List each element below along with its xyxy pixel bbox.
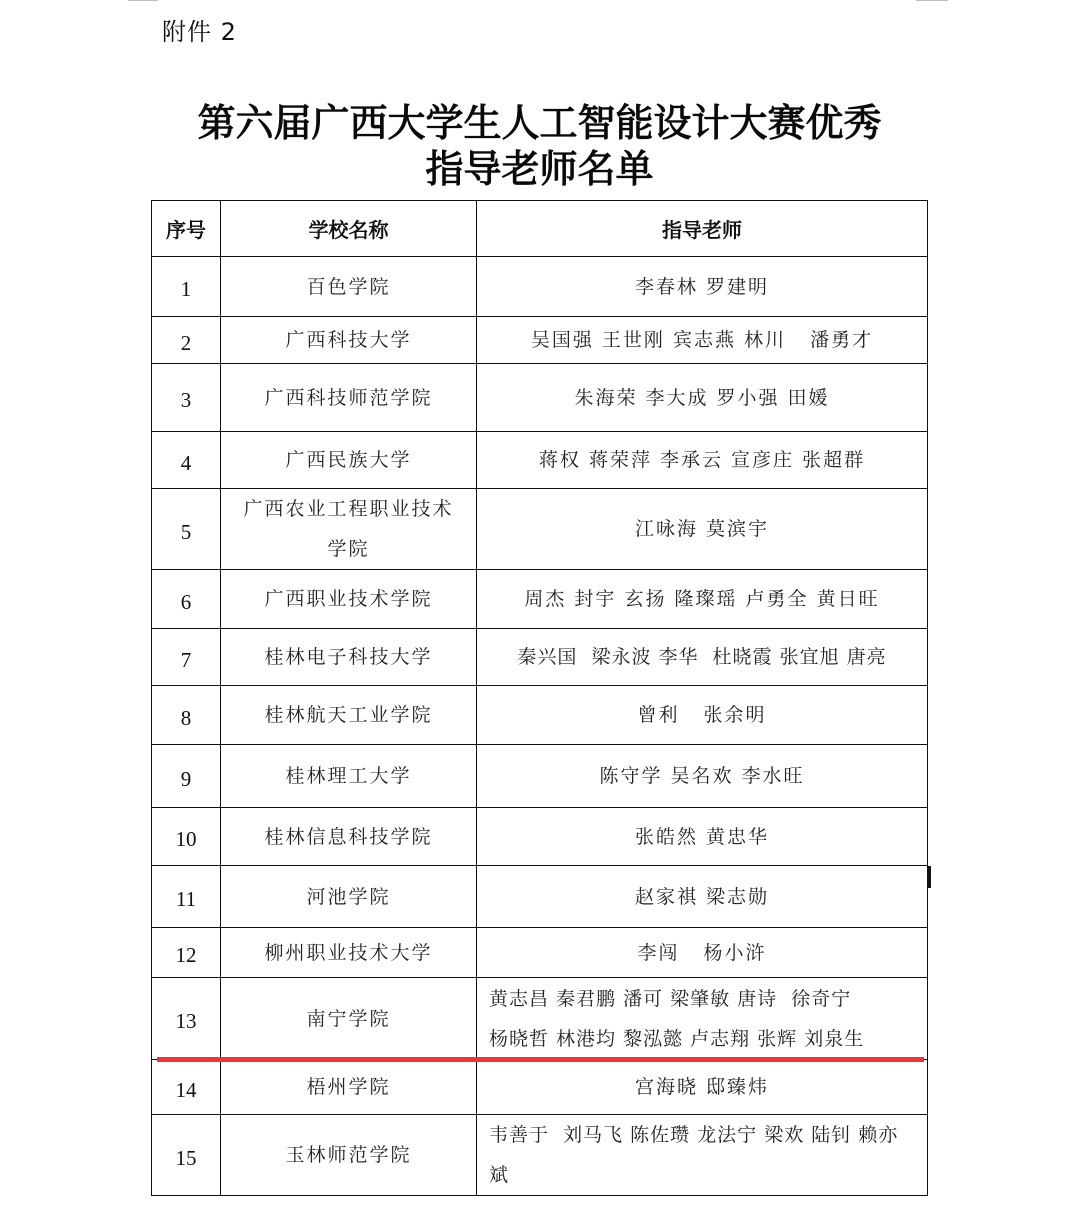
teacher-names: 周杰 封宇 玄扬 隆璨瑶 卢勇全 黄日旺 <box>477 570 928 629</box>
table-row: 4 广西民族大学 蒋权 蒋荣萍 李承云 宣彦庄 张超群 <box>152 432 928 489</box>
school-name: 梧州学院 <box>221 1060 477 1115</box>
row-number: 7 <box>152 629 221 686</box>
table-row: 2 广西科技大学 吴国强 王世刚 宾志燕 林川 潘勇才 <box>152 317 928 364</box>
school-name: 桂林电子科技大学 <box>221 629 477 686</box>
text-cursor <box>928 866 931 888</box>
teacher-names: 宫海晓 邸臻炜 <box>477 1060 928 1115</box>
title-line-2: 指导老师名单 <box>0 146 1079 192</box>
table-row: 13 南宁学院 黄志昌 秦君鹏 潘可 梁肇敏 唐诗 徐奇宁 杨晓哲 林港均 黎泓… <box>152 978 928 1060</box>
school-name: 玉林师范学院 <box>221 1115 477 1196</box>
column-header-school: 学校名称 <box>221 201 477 257</box>
row-number: 3 <box>152 364 221 432</box>
row-number: 10 <box>152 808 221 866</box>
teacher-names: 秦兴国 梁永波 李华 杜晓霞 张宜旭 唐亮 <box>477 629 928 686</box>
teacher-names: 吴国强 王世刚 宾志燕 林川 潘勇才 <box>477 317 928 364</box>
teacher-names: 蒋权 蒋荣萍 李承云 宣彦庄 张超群 <box>477 432 928 489</box>
column-header-teachers: 指导老师 <box>477 201 928 257</box>
school-name: 广西民族大学 <box>221 432 477 489</box>
row-number: 12 <box>152 928 221 978</box>
table-row: 1 百色学院 李春林 罗建明 <box>152 257 928 317</box>
document-title: 第六届广西大学生人工智能设计大赛优秀 指导老师名单 <box>0 100 1079 192</box>
table-row: 3 广西科技师范学院 朱海荣 李大成 罗小强 田媛 <box>152 364 928 432</box>
row-number: 6 <box>152 570 221 629</box>
table-row: 6 广西职业技术学院 周杰 封宇 玄扬 隆璨瑶 卢勇全 黄日旺 <box>152 570 928 629</box>
page-corner-mark-left <box>128 0 158 1</box>
row-number: 8 <box>152 686 221 745</box>
teacher-names: 陈守学 吴名欢 李水旺 <box>477 745 928 808</box>
table-row: 11 河池学院 赵家祺 梁志勋 <box>152 866 928 928</box>
school-name: 广西职业技术学院 <box>221 570 477 629</box>
teacher-names: 张皓然 黄忠华 <box>477 808 928 866</box>
school-name: 广西农业工程职业技术学院 <box>221 489 477 570</box>
table-row: 10 桂林信息科技学院 张皓然 黄忠华 <box>152 808 928 866</box>
table-row: 5 广西农业工程职业技术学院 江咏海 莫滨宇 <box>152 489 928 570</box>
school-name: 南宁学院 <box>221 978 477 1060</box>
row-number: 11 <box>152 866 221 928</box>
row-number: 13 <box>152 978 221 1060</box>
school-name: 百色学院 <box>221 257 477 317</box>
school-name: 桂林信息科技学院 <box>221 808 477 866</box>
table-row: 15 玉林师范学院 韦善于 刘马飞 陈佐瓒 龙法宁 梁欢 陆钊 赖亦 斌 <box>152 1115 928 1196</box>
teacher-names: 赵家祺 梁志勋 <box>477 866 928 928</box>
table-row: 8 桂林航天工业学院 曾利 张余明 <box>152 686 928 745</box>
teacher-names: 韦善于 刘马飞 陈佐瓒 龙法宁 梁欢 陆钊 赖亦 斌 <box>477 1115 928 1196</box>
column-header-no: 序号 <box>152 201 221 257</box>
row-number: 1 <box>152 257 221 317</box>
title-line-1: 第六届广西大学生人工智能设计大赛优秀 <box>0 100 1079 146</box>
attachment-label: 附件 2 <box>162 12 237 47</box>
teacher-names: 朱海荣 李大成 罗小强 田媛 <box>477 364 928 432</box>
school-name: 广西科技师范学院 <box>221 364 477 432</box>
table-row: 9 桂林理工大学 陈守学 吴名欢 李水旺 <box>152 745 928 808</box>
table-header-row: 序号 学校名称 指导老师 <box>152 201 928 257</box>
teacher-names: 黄志昌 秦君鹏 潘可 梁肇敏 唐诗 徐奇宁 杨晓哲 林港均 黎泓懿 卢志翔 张辉… <box>477 978 928 1060</box>
teacher-names: 江咏海 莫滨宇 <box>477 489 928 570</box>
row-number: 4 <box>152 432 221 489</box>
row-number: 14 <box>152 1060 221 1115</box>
school-name: 河池学院 <box>221 866 477 928</box>
school-name: 桂林理工大学 <box>221 745 477 808</box>
teacher-names: 曾利 张余明 <box>477 686 928 745</box>
row-number: 9 <box>152 745 221 808</box>
table-row: 12 柳州职业技术大学 李闯 杨小浒 <box>152 928 928 978</box>
row-number: 2 <box>152 317 221 364</box>
table-row: 14 梧州学院 宫海晓 邸臻炜 <box>152 1060 928 1115</box>
school-name: 桂林航天工业学院 <box>221 686 477 745</box>
table-row: 7 桂林电子科技大学 秦兴国 梁永波 李华 杜晓霞 张宜旭 唐亮 <box>152 629 928 686</box>
teacher-names: 李春林 罗建明 <box>477 257 928 317</box>
advisor-table: 序号 学校名称 指导老师 1 百色学院 李春林 罗建明 2 广西科技大学 吴国强… <box>151 200 928 1196</box>
row-number: 5 <box>152 489 221 570</box>
row-number: 15 <box>152 1115 221 1196</box>
page-corner-mark-right <box>916 0 948 1</box>
school-name: 柳州职业技术大学 <box>221 928 477 978</box>
school-name: 广西科技大学 <box>221 317 477 364</box>
teacher-names: 李闯 杨小浒 <box>477 928 928 978</box>
red-annotation-line <box>157 1057 924 1062</box>
